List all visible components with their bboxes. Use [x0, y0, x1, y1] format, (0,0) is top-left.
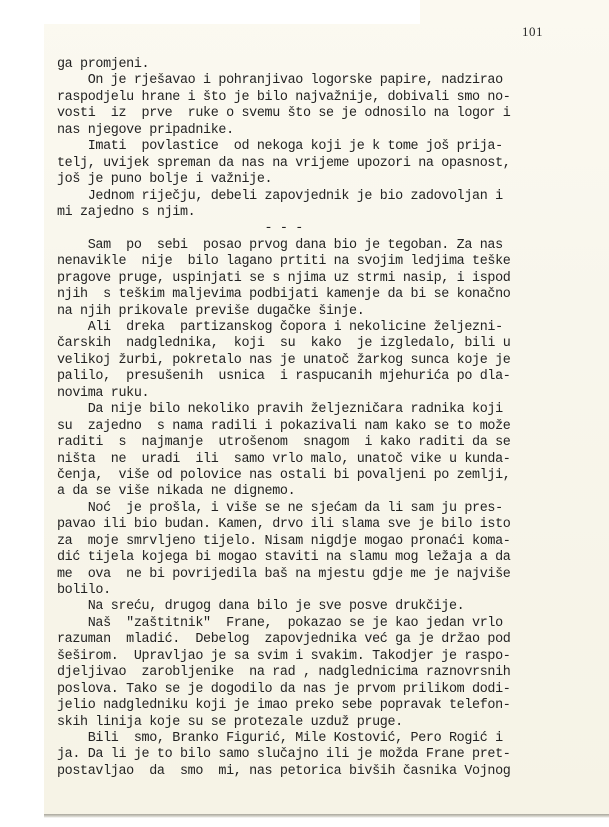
text-line: vosti iz prve ruke o svemu što se je odn…: [57, 106, 577, 122]
text-line: za moje smrvljeno tijelo. Nisam nigdje m…: [57, 534, 577, 550]
text-line: a da se više nikada ne dignemo.: [57, 484, 577, 500]
text-line: On je rješavao i pohranjivao logorske pa…: [57, 73, 577, 89]
text-line: Ali dreka partizanskog čopora i nekolici…: [57, 320, 577, 336]
text-line: palilo, presušenih usnica i raspucanih m…: [57, 369, 577, 385]
text-line: Imati povlastice od nekoga koji je k tom…: [57, 139, 577, 155]
text-line: ja. Da li je to bilo samo slučajno ili j…: [57, 747, 577, 763]
body-text: ga promjeni. On je rješavao i pohranjiva…: [57, 57, 577, 780]
page-number: 101: [522, 24, 543, 40]
text-line: Bili smo, Branko Figurić, Mile Kostović,…: [57, 731, 577, 747]
text-line: još je puno bolje i važnije.: [57, 172, 577, 188]
text-line: - - -: [57, 221, 577, 237]
text-line: Da nije bilo nekoliko pravih željezničar…: [57, 402, 577, 418]
text-line: pavao ili bio budan. Kamen, drvo ili sla…: [57, 517, 577, 533]
text-line: Na sreću, drugog dana bilo je sve posve …: [57, 599, 577, 615]
text-line: mi zajedno s njim.: [57, 205, 577, 221]
text-line: novima ruku.: [57, 386, 577, 402]
text-line: bolilo.: [57, 583, 577, 599]
text-line: raspodjelu hrane i što je bilo najvažnij…: [57, 90, 577, 106]
text-line: Sam po sebi posao prvog dana bio je tego…: [57, 238, 577, 254]
text-line: dić tijela kojega bi mogao staviti na sl…: [57, 550, 577, 566]
text-line: postavljao da smo mi, nas petorica bivši…: [57, 764, 577, 780]
text-line: jelio nadgledniku koji je imao preko seb…: [57, 698, 577, 714]
text-line: su zajedno s nama radili i pokazivali na…: [57, 419, 577, 435]
text-line: na njih prikovale previše dugačke šinje.: [57, 304, 577, 320]
text-line: djeljivao zarobljenike na rad , nadgledn…: [57, 665, 577, 681]
text-line: nenavikle nije bilo lagano prtiti na svo…: [57, 254, 577, 270]
text-line: šeširom. Upravljao je sa svim i svakim. …: [57, 649, 577, 665]
text-line: raditi s najmanje utrošenom snagom i kak…: [57, 435, 577, 451]
text-line: Noć je prošla, i više se ne sjećam da li…: [57, 501, 577, 517]
text-line: njih s teškim maljevima podbijati kamenj…: [57, 287, 577, 303]
text-line: pragove pruge, uspinjati se s njima uz s…: [57, 271, 577, 287]
scanned-page: 101 ga promjeni. On je rješavao i pohran…: [0, 0, 609, 827]
text-line: poslova. Tako se je dogodilo da nas je p…: [57, 682, 577, 698]
text-line: skih linija koje su se protezale uzduž p…: [57, 715, 577, 731]
text-line: ga promjeni.: [57, 57, 577, 73]
text-line: velikoj žurbi, pokretalo nas je unatoč ž…: [57, 353, 577, 369]
text-line: nas njegove pripadnike.: [57, 123, 577, 139]
text-line: Jednom riječju, debeli zapovjednik je bi…: [57, 189, 577, 205]
paper-bottom-edge: [44, 814, 609, 818]
text-line: razuman mladić. Debelog zapovjednika već…: [57, 632, 577, 648]
text-line: telj, uvijek spreman da nas na vrijeme u…: [57, 156, 577, 172]
text-line: čarskih nadglednika, koji su kako je izg…: [57, 336, 577, 352]
text-line: Naš "zaštitnik" Frane, pokazao se je kao…: [57, 616, 577, 632]
text-line: ništa ne uradi ili samo vrlo malo, unato…: [57, 452, 577, 468]
text-line: čenja, više od polovice nas ostali bi po…: [57, 468, 577, 484]
text-line: me ova ne bi povrijedila baš na mjestu g…: [57, 567, 577, 583]
scan-white-margin-top: [0, 0, 420, 24]
